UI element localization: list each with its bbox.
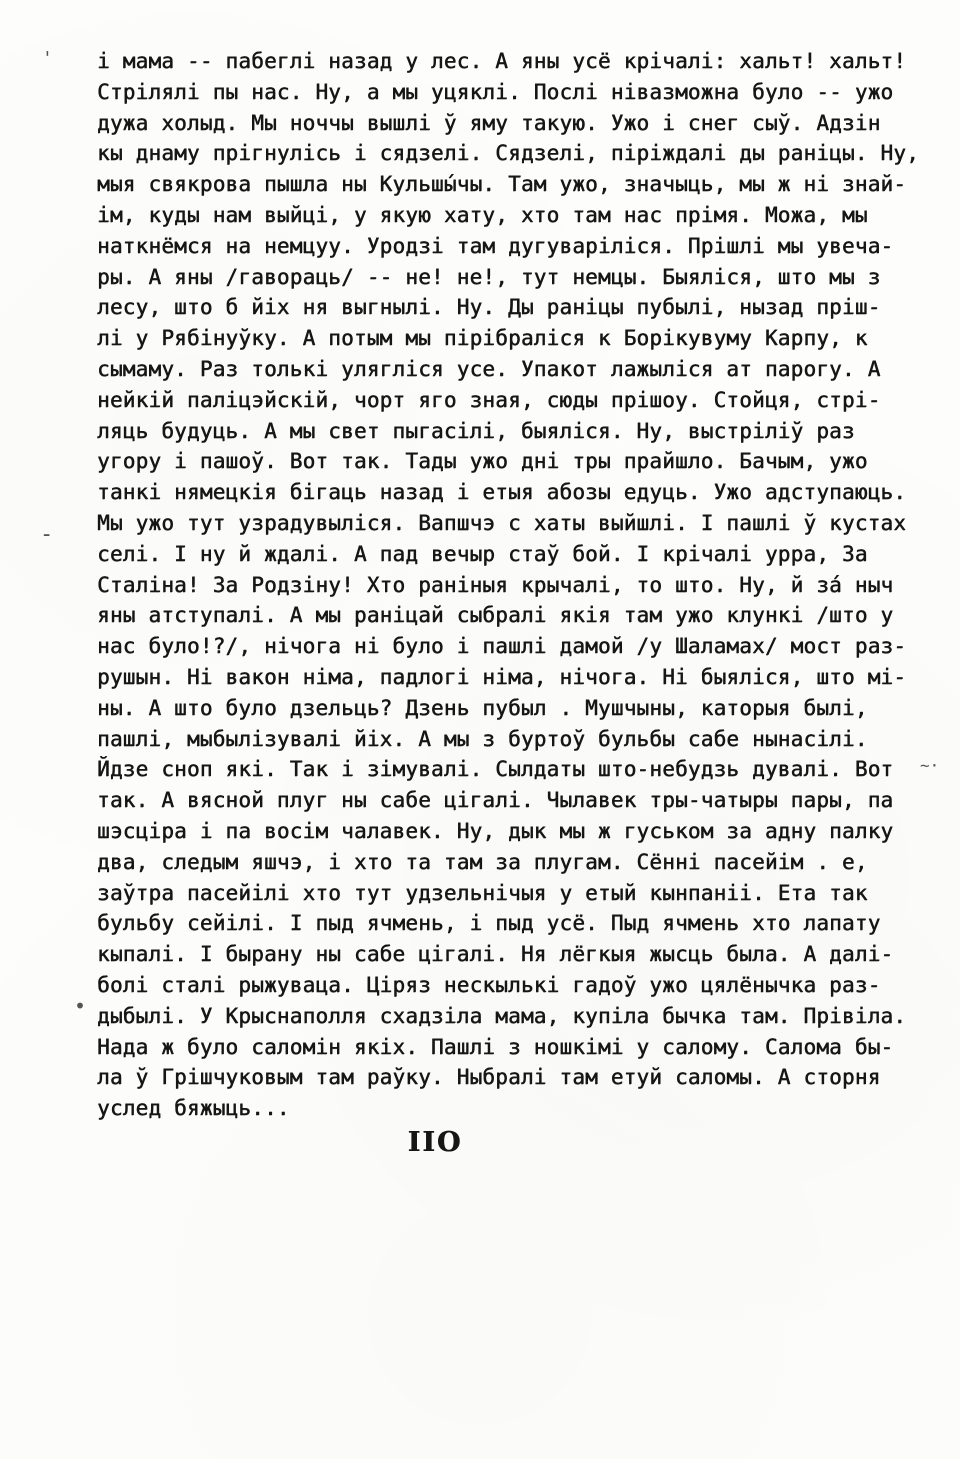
text-line: ла ў Грішчуковым там раўку. Ныбралі там … [97,1062,917,1093]
text-line: лі у Рябінуўку. А потым мы пірібраліся к… [97,323,917,354]
text-line: ны. А што було дзельць? Дзень пубыл . Му… [97,693,917,724]
text-line: наткнёмся на немцуу. Уродзі там дугуварі… [97,231,917,262]
body-text: і мама -- пабеглі назад у лес. А яны усё… [97,46,917,1124]
text-line: пашлі, мыбылізувалі йіх. А мы з буртоў б… [97,724,917,755]
text-line: угору і пашоў. Вот так. Тады ужо дні тры… [97,446,917,477]
text-line: Мы ужо тут узрадувыліся. Вапшчэ с хаты в… [97,508,917,539]
scan-artifact-mark: • [74,994,86,1018]
text-line: Стрілялі пы нас. Ну, а мы уцяклі. Послі … [97,77,917,108]
text-line: ім, куды нам выйці, у якую хату, хто там… [97,200,917,231]
scan-artifact-mark: ~· [920,756,939,775]
text-line: кы днаму прігнулісь і сядзелі. Сядзелі, … [97,138,917,169]
page-number: IIO [0,1127,870,1158]
text-line: рушын. Ні вакон німа, падлогі німа, нічо… [97,662,917,693]
text-line: Нада ж було саломін якіх. Пашлі з ношкім… [97,1032,917,1063]
text-line: ры. А яны /гавораць/ -- не! не!, тут нем… [97,262,917,293]
document-page: ' - • ~· і мама -- пабеглі назад у лес. … [0,0,960,1459]
text-line: і мама -- пабеглі назад у лес. А яны усё… [97,46,917,77]
text-line: два, следым яшчэ, і хто та там за плугам… [97,847,917,878]
text-line: кыпалі. І бырану ны сабе цігалі. Ня лёгк… [97,939,917,970]
text-line: так. А вясной плуг ны сабе цігалі. Чылав… [97,785,917,816]
text-line: яны атступалі. А мы раніцай сыбралі якія… [97,600,917,631]
text-line: заўтра пасейілі хто тут удзельнічыя у ет… [97,878,917,909]
text-line: лесу, што б йіх ня выгнылі. Ну. Ды раніц… [97,292,917,323]
text-line: дужа холыд. Мы ноччы вышлі ў яму такую. … [97,108,917,139]
text-line: бульбу сейілі. І пыд ячмень, і пыд усё. … [97,908,917,939]
text-line: ляць будуць. А мы свет пыгасілі, быяліся… [97,416,917,447]
text-line: болі сталі рыжуваца. Ціряз нескылькі гад… [97,970,917,1001]
text-line: услед бяжыць... [97,1093,917,1124]
text-line: дыбылі. У Крыснаполля схадзіла мама, куп… [97,1001,917,1032]
text-line: мыя свякрова пышла ны Кульшы́чы. Там ужо… [97,169,917,200]
text-line: шэсціра і па восім чалавек. Ну, дык мы ж… [97,816,917,847]
scan-artifact-mark: ' [42,48,53,69]
text-line: селі. І ну й ждалі. А пад вечыр стаў бой… [97,539,917,570]
text-line: сымаму. Раз толькі улягліся усе. Упакот … [97,354,917,385]
text-line: Сталіна! За Родзіну! Хто раніныя крычалі… [97,570,917,601]
scan-artifact-mark: - [40,522,53,547]
text-line: танкі нямецкія бігаць назад і етыя абозы… [97,477,917,508]
text-line: Йдзе сноп які. Так і зімувалі. Сылдаты ш… [97,754,917,785]
text-line: нас було!?/, нічога ні було і пашлі дамо… [97,631,917,662]
text-line: нейкій паліцэйскій, чорт яго зная, сюды … [97,385,917,416]
